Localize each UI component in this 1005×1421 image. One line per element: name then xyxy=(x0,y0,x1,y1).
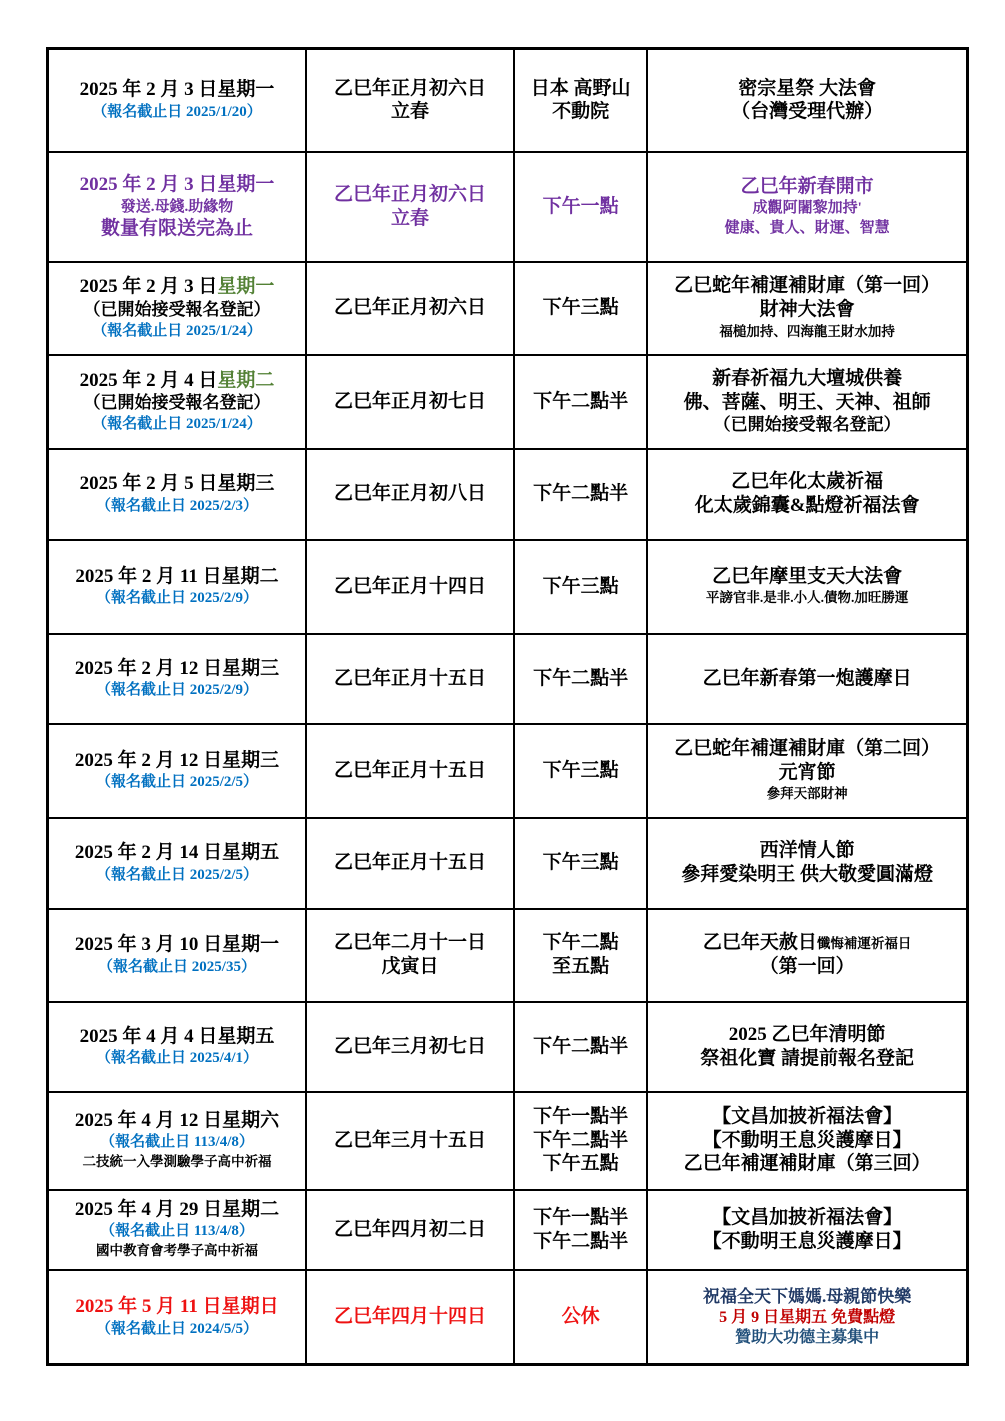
text-segment: 乙巳年正月初六日 xyxy=(334,184,486,205)
table-row: 2025 年 2 月 4 日星期二（已開始接受報名登記）（報名截止日 2025/… xyxy=(48,355,968,449)
date-cell: 2025 年 4 月 29 日星期二（報名截止日 113/4/8）國中教育會考學… xyxy=(48,1190,307,1270)
time-cell: 下午二點至五點 xyxy=(514,909,647,1002)
text-segment: （已開始接受報名登記） xyxy=(84,393,271,412)
text-segment: 【不動明王息災護摩日】 xyxy=(703,1130,912,1151)
text-line: 【文昌加披祈福法會】 xyxy=(712,1206,902,1230)
table-row: 2025 年 2 月 12 日星期三（報名截止日 2025/2/5）乙巳年正月十… xyxy=(48,724,968,818)
text-line: 下午二點半 xyxy=(533,1129,628,1153)
text-segment: 下午二點半 xyxy=(533,1036,628,1057)
date-cell: 2025 年 2 月 3 日星期一（已開始接受報名登記）（報名截止日 2025/… xyxy=(48,262,307,355)
text-segment: （已開始接受報名登記） xyxy=(84,300,271,319)
text-line: 2025 年 2 月 12 日星期三 xyxy=(75,749,279,773)
text-segment: （報名截止日 2025/2/9） xyxy=(96,682,258,698)
date-cell: 2025 年 2 月 12 日星期三（報名截止日 2025/2/5） xyxy=(48,724,307,818)
text-segment: 2025 年 2 月 14 日星期五 xyxy=(75,842,279,863)
text-segment: 下午一點 xyxy=(543,196,619,217)
text-line: （報名截止日 113/4/8） xyxy=(100,1221,254,1241)
text-segment: 公休 xyxy=(562,1306,600,1327)
lunar-date-cell: 乙巳年正月初八日 xyxy=(306,449,514,540)
text-segment: 下午二點半 xyxy=(533,668,628,689)
text-line: 乙巳年三月十五日 xyxy=(334,1129,486,1153)
text-segment: 下午三點 xyxy=(543,576,619,597)
text-segment: 乙巳年化太歲祈福 xyxy=(731,471,883,492)
text-line: 乙巳年摩里支天大法會 xyxy=(712,565,902,589)
text-line: 2025 年 2 月 3 日星期一 xyxy=(80,275,275,299)
text-segment: 祝福全天下媽媽.母親節快樂 xyxy=(703,1287,911,1306)
table-row: 2025 年 4 月 29 日星期二（報名截止日 113/4/8）國中教育會考學… xyxy=(48,1190,968,1270)
text-segment: 日本 高野山 xyxy=(531,78,631,99)
text-line: （第一回） xyxy=(760,955,855,979)
text-segment: 數量有限送完為止 xyxy=(101,218,253,239)
text-segment: 下午一點半 xyxy=(533,1207,628,1228)
text-line: 贊助大功德主募集中 xyxy=(735,1328,879,1348)
text-line: 2025 年 2 月 5 日星期三 xyxy=(80,472,275,496)
text-line: 下午三點 xyxy=(543,575,619,599)
text-line: 乙巳年正月初七日 xyxy=(334,390,486,414)
text-line: 下午五點 xyxy=(543,1152,619,1176)
text-line: （報名截止日 113/4/8） xyxy=(100,1132,254,1152)
date-cell: 2025 年 5 月 11 日星期日（報名截止日 2024/5/5） xyxy=(48,1270,307,1365)
text-line: 下午一點半 xyxy=(533,1206,628,1230)
text-line: 乙巳年新春開市 xyxy=(741,175,874,199)
text-line: （已開始接受報名登記） xyxy=(84,392,271,414)
text-line: 乙巳年二月十一日 xyxy=(334,931,486,955)
text-line: 2025 年 2 月 3 日星期一 xyxy=(80,173,275,197)
text-line: 【文昌加披祈福法會】 xyxy=(712,1105,902,1129)
event-cell: 【文昌加披祈福法會】【不動明王息災護摩日】 xyxy=(647,1190,967,1270)
text-segment: 國中教育會考學子高中祈福 xyxy=(96,1243,258,1258)
table-row: 2025 年 2 月 5 日星期三（報名截止日 2025/2/3）乙巳年正月初八… xyxy=(48,449,968,540)
date-cell: 2025 年 2 月 12 日星期三（報名截止日 2025/2/9） xyxy=(48,634,307,724)
text-segment: 2025 年 2 月 3 日 xyxy=(80,276,218,297)
date-cell: 2025 年 4 月 12 日星期六（報名截止日 113/4/8）二技統一入學測… xyxy=(48,1092,307,1190)
text-line: 戊寅日 xyxy=(381,955,438,979)
text-line: 參拜愛染明王 供大敬愛圓滿燈 xyxy=(681,863,933,887)
lunar-date-cell: 乙巳年三月十五日 xyxy=(306,1092,514,1190)
text-segment: （報名截止日 2025/2/9） xyxy=(96,590,258,606)
time-cell: 日本 高野山不動院 xyxy=(514,49,647,152)
text-line: （報名截止日 2025/2/9） xyxy=(96,588,258,608)
text-segment: 下午三點 xyxy=(543,852,619,873)
text-line: 乙巳年正月初八日 xyxy=(334,482,486,506)
lunar-date-cell: 乙巳年二月十一日戊寅日 xyxy=(306,909,514,1002)
text-segment: 發送.母錢.助緣物 xyxy=(121,199,234,215)
table-row: 2025 年 3 月 10 日星期一（報名截止日 2025/35）乙巳年二月十一… xyxy=(48,909,968,1002)
text-line: 2025 年 3 月 10 日星期一 xyxy=(75,933,279,957)
table-row: 2025 年 2 月 14 日星期五（報名截止日 2025/2/5）乙巳年正月十… xyxy=(48,818,968,909)
text-segment: 密宗星祭 大法會 xyxy=(738,78,876,99)
lunar-date-cell: 乙巳年四月十四日 xyxy=(306,1270,514,1365)
text-line: 下午二點 xyxy=(543,931,619,955)
text-segment: （報名截止日 2025/1/24） xyxy=(92,416,262,432)
text-segment: 【不動明王息災護摩日】 xyxy=(703,1231,912,1252)
text-segment: 西洋情人節 xyxy=(760,840,855,861)
text-segment: 戊寅日 xyxy=(381,956,438,977)
time-cell: 下午一點 xyxy=(514,152,647,262)
text-segment: 下午一點半 xyxy=(533,1106,628,1127)
text-line: 立春 xyxy=(391,100,429,124)
text-line: 立春 xyxy=(391,207,429,231)
text-line: 乙巳年正月十五日 xyxy=(334,667,486,691)
text-line: 西洋情人節 xyxy=(760,839,855,863)
time-cell: 下午二點半 xyxy=(514,355,647,449)
text-segment: （報名截止日 2025/2/5） xyxy=(96,774,258,790)
text-segment: 【文昌加披祈福法會】 xyxy=(712,1106,902,1127)
text-segment: 二技統一入學測驗學子高中祈福 xyxy=(83,1154,272,1169)
text-line: 乙巳蛇年補運補財庫（第一回） xyxy=(674,274,940,298)
text-segment: 乙巳年正月初六日 xyxy=(334,78,486,99)
text-line: 乙巳年四月十四日 xyxy=(334,1305,486,1329)
text-line: 乙巳年正月初六日 xyxy=(334,183,486,207)
text-line: 參拜天部財神 xyxy=(767,784,848,804)
text-segment: 佛、菩薩、明王、天神、祖師 xyxy=(684,392,931,413)
text-line: 發送.母錢.助緣物 xyxy=(121,197,234,217)
text-segment: （報名截止日 2025/1/24） xyxy=(92,323,262,339)
text-line: 健康、貴人、財運、智慧 xyxy=(725,218,890,238)
text-segment: 5 月 9 日星期五 免費點燈 xyxy=(719,1309,895,1326)
text-line: 乙巳年化太歲祈福 xyxy=(731,470,883,494)
event-cell: 西洋情人節參拜愛染明王 供大敬愛圓滿燈 xyxy=(647,818,967,909)
text-segment: （報名截止日 2025/4/1） xyxy=(96,1050,258,1066)
text-line: 乙巳年補運補財庫（第三回） xyxy=(684,1152,931,1176)
text-segment: 乙巳年正月初六日 xyxy=(334,297,486,318)
text-segment: 參拜天部財神 xyxy=(767,786,848,801)
table-row: 2025 年 4 月 12 日星期六（報名截止日 113/4/8）二技統一入學測… xyxy=(48,1092,968,1190)
text-segment: 祭祖化寶 請提前報名登記 xyxy=(700,1048,914,1069)
text-line: 乙巳年正月初六日 xyxy=(334,77,486,101)
text-line: （報名截止日 2025/1/20） xyxy=(92,102,262,122)
text-line: 日本 高野山 xyxy=(531,77,631,101)
time-cell: 下午二點半 xyxy=(514,1002,647,1092)
text-segment: 2025 年 2 月 12 日星期三 xyxy=(75,750,279,771)
text-line: （報名截止日 2025/2/9） xyxy=(96,680,258,700)
text-segment: 立春 xyxy=(391,101,429,122)
event-cell: 乙巳蛇年補運補財庫（第一回）財神大法會福槌加持、四海龍王財水加持 xyxy=(647,262,967,355)
text-segment: 乙巳年三月十五日 xyxy=(334,1130,486,1151)
text-line: 2025 年 2 月 3 日星期一 xyxy=(80,78,275,102)
text-segment: 乙巳年天赦日 xyxy=(703,932,817,953)
time-cell: 下午二點半 xyxy=(514,634,647,724)
event-cell: 【文昌加披祈福法會】【不動明王息災護摩日】乙巳年補運補財庫（第三回） xyxy=(647,1092,967,1190)
text-segment: 健康、貴人、財運、智慧 xyxy=(725,220,890,236)
text-line: 下午二點半 xyxy=(533,1035,628,1059)
text-segment: 新春祈福九大壇城供養 xyxy=(712,368,902,389)
lunar-date-cell: 乙巳年正月初七日 xyxy=(306,355,514,449)
text-segment: （報名截止日 2024/5/5） xyxy=(96,1321,258,1337)
text-segment: 乙巳蛇年補運補財庫（第一回） xyxy=(674,275,940,296)
text-segment: 【文昌加披祈福法會】 xyxy=(712,1207,902,1228)
lunar-date-cell: 乙巳年正月十五日 xyxy=(306,818,514,909)
text-segment: 乙巳年新春第一炮護摩日 xyxy=(703,668,912,689)
text-line: 化太歲錦囊&點燈祈福法會 xyxy=(695,494,920,518)
text-segment: 立春 xyxy=(391,208,429,229)
text-segment: （台灣受理代辦） xyxy=(731,101,883,122)
text-segment: 乙巳年正月初七日 xyxy=(334,391,486,412)
text-line: 至五點 xyxy=(552,955,609,979)
text-line: 2025 年 2 月 4 日星期二 xyxy=(80,369,275,393)
text-segment: 2025 年 4 月 12 日星期六 xyxy=(75,1110,279,1131)
text-segment: 2025 乙巳年清明節 xyxy=(729,1024,886,1045)
text-segment: 2025 年 2 月 3 日星期一 xyxy=(80,174,275,195)
text-line: 下午二點半 xyxy=(533,390,628,414)
text-line: 密宗星祭 大法會 xyxy=(738,77,876,101)
text-line: 下午三點 xyxy=(543,759,619,783)
text-line: 乙巳年正月十四日 xyxy=(334,575,486,599)
text-line: 乙巳年正月十五日 xyxy=(334,851,486,875)
text-line: 乙巳蛇年補運補財庫（第二回） xyxy=(674,737,940,761)
date-cell: 2025 年 3 月 10 日星期一（報名截止日 2025/35） xyxy=(48,909,307,1002)
event-cell: 2025 乙巳年清明節祭祖化寶 請提前報名登記 xyxy=(647,1002,967,1092)
text-segment: 乙巳年正月十四日 xyxy=(334,576,486,597)
text-segment: 乙巳年三月初七日 xyxy=(334,1036,486,1057)
text-line: 元宵節 xyxy=(779,761,836,785)
text-segment: 下午二點半 xyxy=(533,391,628,412)
text-line: 2025 年 2 月 14 日星期五 xyxy=(75,841,279,865)
event-cell: 密宗星祭 大法會（台灣受理代辦） xyxy=(647,49,967,152)
text-segment: 乙巳年摩里支天大法會 xyxy=(712,566,902,587)
time-cell: 下午三點 xyxy=(514,262,647,355)
lunar-date-cell: 乙巳年正月初六日立春 xyxy=(306,152,514,262)
text-line: 2025 年 5 月 11 日星期日 xyxy=(75,1295,278,1319)
text-line: 財神大法會 xyxy=(760,298,855,322)
table-row: 2025 年 4 月 4 日星期五（報名截止日 2025/4/1）乙巳年三月初七… xyxy=(48,1002,968,1092)
text-segment: 2025 年 2 月 3 日星期一 xyxy=(80,79,275,100)
text-line: （報名截止日 2025/4/1） xyxy=(96,1048,258,1068)
text-line: 下午三點 xyxy=(543,851,619,875)
text-segment: 2025 年 4 月 4 日星期五 xyxy=(80,1026,275,1047)
table-row: 2025 年 2 月 11 日星期二（報名截止日 2025/2/9）乙巳年正月十… xyxy=(48,540,968,634)
text-segment: 下午五點 xyxy=(543,1153,619,1174)
text-segment: 財神大法會 xyxy=(760,299,855,320)
text-line: 祝福全天下媽媽.母親節快樂 xyxy=(703,1286,911,1308)
text-line: （報名截止日 2025/1/24） xyxy=(92,321,262,341)
text-segment: 2025 年 2 月 5 日星期三 xyxy=(80,473,275,494)
text-line: 【不動明王息災護摩日】 xyxy=(703,1129,912,1153)
text-line: 2025 年 4 月 12 日星期六 xyxy=(75,1109,279,1133)
event-cell: 祝福全天下媽媽.母親節快樂5 月 9 日星期五 免費點燈贊助大功德主募集中 xyxy=(647,1270,967,1365)
text-segment: （報名截止日 2025/35） xyxy=(98,959,256,975)
text-line: 5 月 9 日星期五 免費點燈 xyxy=(719,1308,895,1328)
text-segment: 2025 年 3 月 10 日星期一 xyxy=(75,934,279,955)
event-cell: 乙巳年新春開市成觀阿闍黎加持'健康、貴人、財運、智慧 xyxy=(647,152,967,262)
time-cell: 下午一點半下午二點半下午五點 xyxy=(514,1092,647,1190)
text-line: 2025 年 4 月 29 日星期二 xyxy=(75,1198,279,1222)
text-segment: 乙巳年正月十五日 xyxy=(334,760,486,781)
date-cell: 2025 年 2 月 5 日星期三（報名截止日 2025/2/3） xyxy=(48,449,307,540)
text-segment: 乙巳年補運補財庫（第三回） xyxy=(684,1153,931,1174)
text-segment: 下午二點半 xyxy=(533,483,628,504)
text-segment: （已開始接受報名登記） xyxy=(714,415,901,434)
text-segment: （報名截止日 2025/2/3） xyxy=(96,498,258,514)
date-cell: 2025 年 2 月 3 日星期一（報名截止日 2025/1/20） xyxy=(48,49,307,152)
text-segment: 乙巳年正月初八日 xyxy=(334,483,486,504)
table-row: 2025 年 2 月 12 日星期三（報名截止日 2025/2/9）乙巳年正月十… xyxy=(48,634,968,724)
text-segment: 成觀阿闍黎加持' xyxy=(753,200,862,216)
text-segment: 乙巳年四月初二日 xyxy=(334,1219,486,1240)
text-line: （報名截止日 2024/5/5） xyxy=(96,1319,258,1339)
text-line: 乙巳年天赦日懺悔補運祈福日 xyxy=(703,931,912,955)
text-segment: 化太歲錦囊&點燈祈福法會 xyxy=(695,495,920,516)
text-line: 佛、菩薩、明王、天神、祖師 xyxy=(684,391,931,415)
event-cell: 新春祈福九大壇城供養佛、菩薩、明王、天神、祖師（已開始接受報名登記） xyxy=(647,355,967,449)
lunar-date-cell: 乙巳年正月初六日立春 xyxy=(306,49,514,152)
event-cell: 乙巳年天赦日懺悔補運祈福日（第一回） xyxy=(647,909,967,1002)
text-segment: 星期二 xyxy=(217,370,274,391)
text-segment: 參拜愛染明王 供大敬愛圓滿燈 xyxy=(681,864,933,885)
text-segment: 贊助大功德主募集中 xyxy=(735,1329,879,1346)
text-line: 數量有限送完為止 xyxy=(101,217,253,241)
text-line: 乙巳年新春第一炮護摩日 xyxy=(703,667,912,691)
text-segment: 乙巳年二月十一日 xyxy=(334,932,486,953)
date-cell: 2025 年 4 月 4 日星期五（報名截止日 2025/4/1） xyxy=(48,1002,307,1092)
text-line: 平謗官非.是非.小人.債物.加旺勝運 xyxy=(706,588,909,608)
text-segment: 乙巳年四月十四日 xyxy=(334,1306,486,1327)
text-segment: （報名截止日 2025/1/20） xyxy=(92,104,262,120)
text-segment: 2025 年 2 月 4 日 xyxy=(80,370,218,391)
time-cell: 下午二點半 xyxy=(514,449,647,540)
text-line: 2025 乙巳年清明節 xyxy=(729,1023,886,1047)
text-segment: 乙巳年新春開市 xyxy=(741,176,874,197)
text-line: 國中教育會考學子高中祈福 xyxy=(96,1241,258,1261)
event-cell: 乙巳蛇年補運補財庫（第二回）元宵節參拜天部財神 xyxy=(647,724,967,818)
text-segment: 下午二點半 xyxy=(533,1231,628,1252)
table-row: 2025 年 2 月 3 日星期一發送.母錢.助緣物數量有限送完為止乙巳年正月初… xyxy=(48,152,968,262)
text-line: 福槌加持、四海龍王財水加持 xyxy=(719,322,895,342)
text-line: （報名截止日 2025/2/5） xyxy=(96,865,258,885)
time-cell: 下午三點 xyxy=(514,818,647,909)
text-segment: （報名截止日 113/4/8） xyxy=(100,1134,254,1150)
schedule-table: 2025 年 2 月 3 日星期一（報名截止日 2025/1/20）乙巳年正月初… xyxy=(46,47,969,1366)
text-segment: （報名截止日 113/4/8） xyxy=(100,1223,254,1239)
text-line: 成觀阿闍黎加持' xyxy=(753,198,862,218)
date-cell: 2025 年 2 月 4 日星期二（已開始接受報名登記）（報名截止日 2025/… xyxy=(48,355,307,449)
text-segment: 星期一 xyxy=(217,276,274,297)
text-segment: 乙巳蛇年補運補財庫（第二回） xyxy=(674,738,940,759)
lunar-date-cell: 乙巳年正月十五日 xyxy=(306,724,514,818)
text-line: 2025 年 2 月 12 日星期三 xyxy=(75,657,279,681)
text-line: （已開始接受報名登記） xyxy=(84,299,271,321)
text-line: 下午一點 xyxy=(543,195,619,219)
text-segment: 2025 年 2 月 11 日星期二 xyxy=(75,566,278,587)
text-line: （報名截止日 2025/1/24） xyxy=(92,414,262,434)
text-line: （已開始接受報名登記） xyxy=(714,414,901,436)
text-segment: 乙巳年正月十五日 xyxy=(334,852,486,873)
text-segment: 至五點 xyxy=(552,956,609,977)
text-line: 下午二點半 xyxy=(533,1230,628,1254)
text-segment: 下午二點 xyxy=(543,932,619,953)
text-line: 新春祈福九大壇城供養 xyxy=(712,367,902,391)
event-cell: 乙巳年新春第一炮護摩日 xyxy=(647,634,967,724)
text-line: 【不動明王息災護摩日】 xyxy=(703,1230,912,1254)
text-line: 2025 年 4 月 4 日星期五 xyxy=(80,1025,275,1049)
text-line: （報名截止日 2025/2/5） xyxy=(96,772,258,792)
text-segment: 懺悔補運祈福日 xyxy=(817,936,912,951)
schedule-table-body: 2025 年 2 月 3 日星期一（報名截止日 2025/1/20）乙巳年正月初… xyxy=(48,49,968,1365)
text-line: （報名截止日 2025/2/3） xyxy=(96,496,258,516)
text-line: 乙巳年正月十五日 xyxy=(334,759,486,783)
text-line: 乙巳年正月初六日 xyxy=(334,296,486,320)
text-segment: 2025 年 2 月 12 日星期三 xyxy=(75,658,279,679)
text-segment: 平謗官非.是非.小人.債物.加旺勝運 xyxy=(706,590,909,605)
lunar-date-cell: 乙巳年正月十五日 xyxy=(306,634,514,724)
text-line: 下午二點半 xyxy=(533,667,628,691)
event-cell: 乙巳年化太歲祈福化太歲錦囊&點燈祈福法會 xyxy=(647,449,967,540)
lunar-date-cell: 乙巳年三月初七日 xyxy=(306,1002,514,1092)
date-cell: 2025 年 2 月 3 日星期一發送.母錢.助緣物數量有限送完為止 xyxy=(48,152,307,262)
text-segment: （第一回） xyxy=(760,956,855,977)
text-line: 下午三點 xyxy=(543,296,619,320)
text-segment: 2025 年 4 月 29 日星期二 xyxy=(75,1199,279,1220)
table-row: 2025 年 2 月 3 日星期一（報名截止日 2025/1/20）乙巳年正月初… xyxy=(48,49,968,152)
text-line: 乙巳年三月初七日 xyxy=(334,1035,486,1059)
text-line: 乙巳年四月初二日 xyxy=(334,1218,486,1242)
text-line: 2025 年 2 月 11 日星期二 xyxy=(75,565,278,589)
date-cell: 2025 年 2 月 14 日星期五（報名截止日 2025/2/5） xyxy=(48,818,307,909)
text-segment: 下午二點半 xyxy=(533,1130,628,1151)
time-cell: 下午一點半下午二點半 xyxy=(514,1190,647,1270)
table-row: 2025 年 2 月 3 日星期一（已開始接受報名登記）（報名截止日 2025/… xyxy=(48,262,968,355)
event-cell: 乙巳年摩里支天大法會平謗官非.是非.小人.債物.加旺勝運 xyxy=(647,540,967,634)
text-line: （報名截止日 2025/35） xyxy=(98,957,256,977)
time-cell: 下午三點 xyxy=(514,724,647,818)
text-segment: 不動院 xyxy=(552,101,609,122)
text-line: 下午一點半 xyxy=(533,1105,628,1129)
text-segment: 元宵節 xyxy=(779,762,836,783)
text-segment: 2025 年 5 月 11 日星期日 xyxy=(75,1296,278,1317)
text-segment: 下午三點 xyxy=(543,760,619,781)
text-segment: 下午三點 xyxy=(543,297,619,318)
text-line: （台灣受理代辦） xyxy=(731,100,883,124)
text-line: 下午二點半 xyxy=(533,482,628,506)
text-segment: （報名截止日 2025/2/5） xyxy=(96,867,258,883)
time-cell: 下午三點 xyxy=(514,540,647,634)
text-segment: 乙巳年正月十五日 xyxy=(334,668,486,689)
text-line: 祭祖化寶 請提前報名登記 xyxy=(700,1047,914,1071)
time-cell: 公休 xyxy=(514,1270,647,1365)
lunar-date-cell: 乙巳年正月十四日 xyxy=(306,540,514,634)
text-line: 公休 xyxy=(562,1305,600,1329)
lunar-date-cell: 乙巳年四月初二日 xyxy=(306,1190,514,1270)
text-line: 不動院 xyxy=(552,100,609,124)
lunar-date-cell: 乙巳年正月初六日 xyxy=(306,262,514,355)
text-line: 二技統一入學測驗學子高中祈福 xyxy=(83,1152,272,1172)
text-segment: 福槌加持、四海龍王財水加持 xyxy=(719,324,895,339)
page: { "document": { "kind": "temple-ceremony… xyxy=(0,0,1005,1421)
table-row: 2025 年 5 月 11 日星期日（報名截止日 2024/5/5）乙巳年四月十… xyxy=(48,1270,968,1365)
date-cell: 2025 年 2 月 11 日星期二（報名截止日 2025/2/9） xyxy=(48,540,307,634)
